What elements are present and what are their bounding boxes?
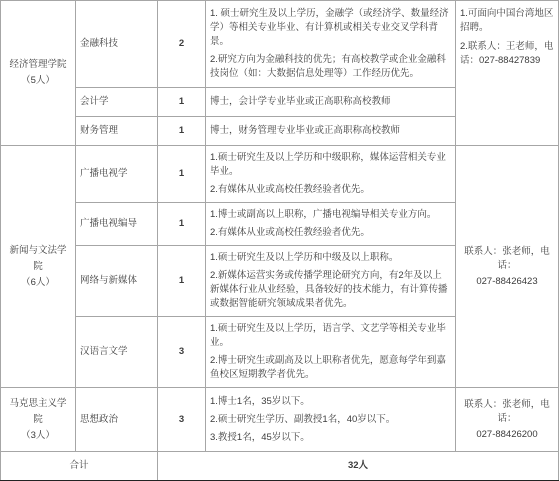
requirements-cell: 1.硕士研究生及以上学历，语言学、文艺学等相关专业毕业。2.博士研究生或副高及以… — [206, 317, 456, 388]
college-cell: 马克思主义学院 （3人） — [1, 388, 76, 452]
college-headcount: （5人） — [5, 73, 71, 89]
text-line: 1.硕士研究生及以上学历和中级职称，媒体运营相关专业毕业。 — [210, 151, 451, 179]
count-cell: 1 — [158, 246, 206, 317]
recruitment-table-page: 经济管理学院 （5人） 金融科技 2 1. 硕士研究生及以上学历，金融学（或经济… — [0, 0, 560, 465]
college-headcount: （3人） — [5, 428, 71, 444]
text-line: 2.联系人：王老师，电话：027-88427839 — [460, 40, 554, 68]
requirements-cell: 1.博士1名，35岁以下。2.硕士研究生学历、副教授1名，40岁以下。3.教授1… — [206, 388, 456, 452]
college-cell: 新闻与文法学院 （6人） — [1, 146, 76, 388]
count-cell: 3 — [158, 317, 206, 388]
count-cell: 1 — [158, 117, 206, 146]
position-cell: 思想政治 — [76, 388, 158, 452]
count-cell: 1 — [158, 146, 206, 203]
text-line: 博士，财务管理专业毕业或正高职称高校教师 — [210, 124, 451, 138]
position-cell: 会计学 — [76, 88, 158, 117]
college-name: 经济管理学院 — [5, 57, 71, 73]
text-line: 1.可面向中国台湾地区招聘。 — [460, 7, 554, 35]
position-cell: 网络与新媒体 — [76, 246, 158, 317]
text-line: 联系人：张老师，电话： — [460, 245, 554, 273]
table-row: 新闻与文法学院 （6人） 广播电视学 1 1.硕士研究生及以上学历和中级职称，媒… — [1, 146, 559, 203]
college-cell: 经济管理学院 （5人） — [1, 1, 76, 146]
position-cell: 广播电视学 — [76, 146, 158, 203]
text-line: 2.硕士研究生学历、副教授1名，40岁以下。 — [210, 413, 451, 427]
college-headcount: （6人） — [5, 275, 71, 291]
count-cell: 1 — [158, 88, 206, 117]
requirements-cell: 博士，会计学专业毕业或正高职称高校教师 — [206, 88, 456, 117]
requirements-cell: 1.博士或副高以上职称，广播电视编导相关专业方向。2.有媒体从业或高校任教经验者… — [206, 203, 456, 246]
college-name: 新闻与文法学院 — [5, 243, 71, 275]
position-cell: 汉语言文学 — [76, 317, 158, 388]
total-row: 合计 32人 — [1, 452, 559, 466]
text-line: 1.硕士研究生及以上学历和中级及以上职称。 — [210, 251, 451, 265]
text-line: 2.新媒体运营实务或传播学理论研究方向，有2年及以上新媒体行业从业经验，具备较好… — [210, 269, 451, 311]
contact-cell: 联系人：张老师，电话：027-88426423 — [456, 146, 559, 388]
text-line: 联系人：张老师，电话： — [460, 398, 554, 426]
text-line: 1.博士或副高以上职称，广播电视编导相关专业方向。 — [210, 208, 451, 222]
requirements-cell: 博士，财务管理专业毕业或正高职称高校教师 — [206, 117, 456, 146]
requirements-cell: 1. 硕士研究生及以上学历，金融学（或经济学、数量经济学）等相关专业毕业、有计算… — [206, 1, 456, 88]
recruitment-table: 经济管理学院 （5人） 金融科技 2 1. 硕士研究生及以上学历，金融学（或经济… — [0, 0, 559, 465]
requirements-cell: 1.硕士研究生及以上学历和中级职称，媒体运营相关专业毕业。2.有媒体从业或高校任… — [206, 146, 456, 203]
count-cell: 2 — [158, 1, 206, 88]
text-line: 2.有媒体从业或高校任教经验者优先。 — [210, 226, 451, 240]
text-line: 博士，会计学专业毕业或正高职称高校教师 — [210, 95, 451, 109]
requirements-cell: 1.硕士研究生及以上学历和中级及以上职称。2.新媒体运营实务或传播学理论研究方向… — [206, 246, 456, 317]
text-line: 2.博士研究生或副高及以上职称者优先，愿意每学年到嘉鱼校区短期教学者优先。 — [210, 354, 451, 382]
contact-cell: 联系人：张老师，电话：027-88426200 — [456, 388, 559, 452]
text-line: 1. 硕士研究生及以上学历，金融学（或经济学、数量经济学）等相关专业毕业、有计算… — [210, 7, 451, 49]
contact-cell: 1.可面向中国台湾地区招聘。2.联系人：王老师，电话：027-88427839 — [456, 1, 559, 146]
text-line: 2.研究方向为金融科技的优先；有高校教学或企业金融科技岗位（如：大数据信息处理等… — [210, 53, 451, 81]
total-label-cell: 合计 — [1, 452, 158, 466]
table-row: 经济管理学院 （5人） 金融科技 2 1. 硕士研究生及以上学历，金融学（或经济… — [1, 1, 559, 88]
table-row: 马克思主义学院 （3人） 思想政治 3 1.博士1名，35岁以下。2.硕士研究生… — [1, 388, 559, 452]
position-cell: 财务管理 — [76, 117, 158, 146]
text-line: 1.硕士研究生及以上学历，语言学、文艺学等相关专业毕业。 — [210, 322, 451, 350]
text-line: 027-88426423 — [460, 275, 554, 289]
text-line: 027-88426200 — [460, 428, 554, 442]
text-line: 2.有媒体从业或高校任教经验者优先。 — [210, 183, 451, 197]
position-cell: 金融科技 — [76, 1, 158, 88]
position-cell: 广播电视编导 — [76, 203, 158, 246]
college-name: 马克思主义学院 — [5, 396, 71, 428]
total-value-cell: 32人 — [158, 452, 559, 466]
count-cell: 1 — [158, 203, 206, 246]
count-cell: 3 — [158, 388, 206, 452]
text-line: 1.博士1名，35岁以下。 — [210, 395, 451, 409]
text-line: 3.教授1名，45岁以下。 — [210, 431, 451, 445]
